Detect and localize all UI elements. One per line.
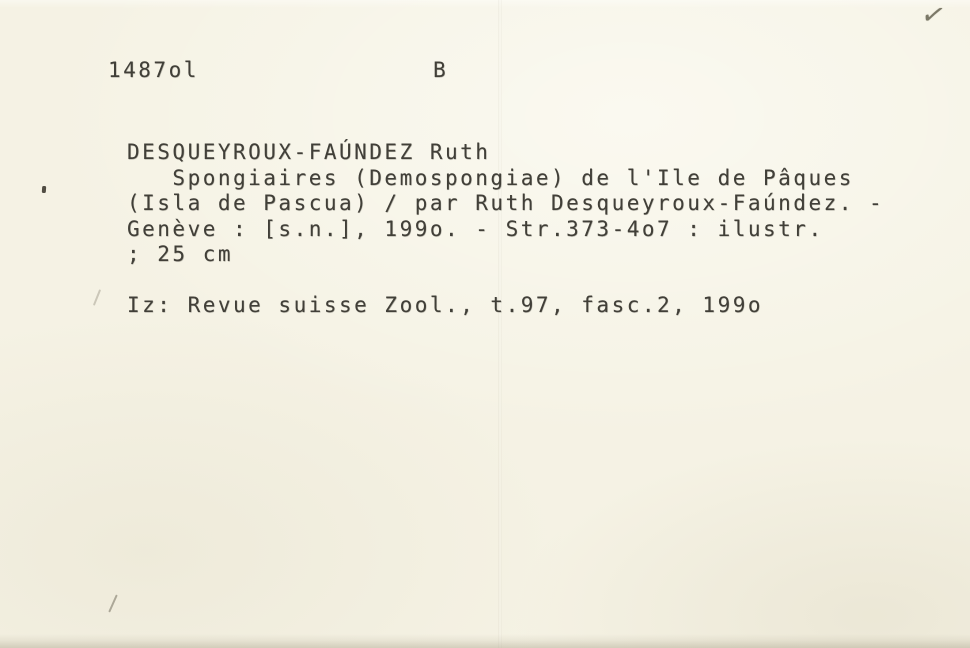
author-heading: DESQUEYROUX-FAÚNDEZ Ruth bbox=[127, 140, 884, 166]
entry-line-title: Spongiaires (Demospongiae) de l'Ile de P… bbox=[127, 166, 884, 192]
entry-line-imprint: Genève : [s.n.], 199o. - Str.373-4o7 : i… bbox=[127, 217, 884, 243]
catalog-card: 1487ol B DESQUEYROUX-FAÚNDEZ Ruth Spongi… bbox=[0, 0, 970, 648]
pencil-check-icon: ✓ bbox=[918, 0, 949, 32]
card-fold-line bbox=[498, 0, 502, 648]
pencil-slash-mark-bottom bbox=[108, 594, 118, 612]
pencil-slash-mark-middle bbox=[93, 289, 101, 306]
catalog-entry: DESQUEYROUX-FAÚNDEZ Ruth Spongiaires (De… bbox=[127, 140, 884, 319]
call-number: 1487ol bbox=[108, 58, 199, 84]
entry-line-extent: ; 25 cm bbox=[127, 242, 884, 268]
section-letter: B bbox=[433, 58, 448, 84]
ink-dot-mark bbox=[42, 186, 46, 193]
source-note: Iz: Revue suisse Zool., t.97, fasc.2, 19… bbox=[127, 293, 884, 319]
entry-blank-line bbox=[127, 268, 884, 294]
entry-line-statement: (Isla de Pascua) / par Ruth Desqueyroux-… bbox=[127, 191, 884, 217]
